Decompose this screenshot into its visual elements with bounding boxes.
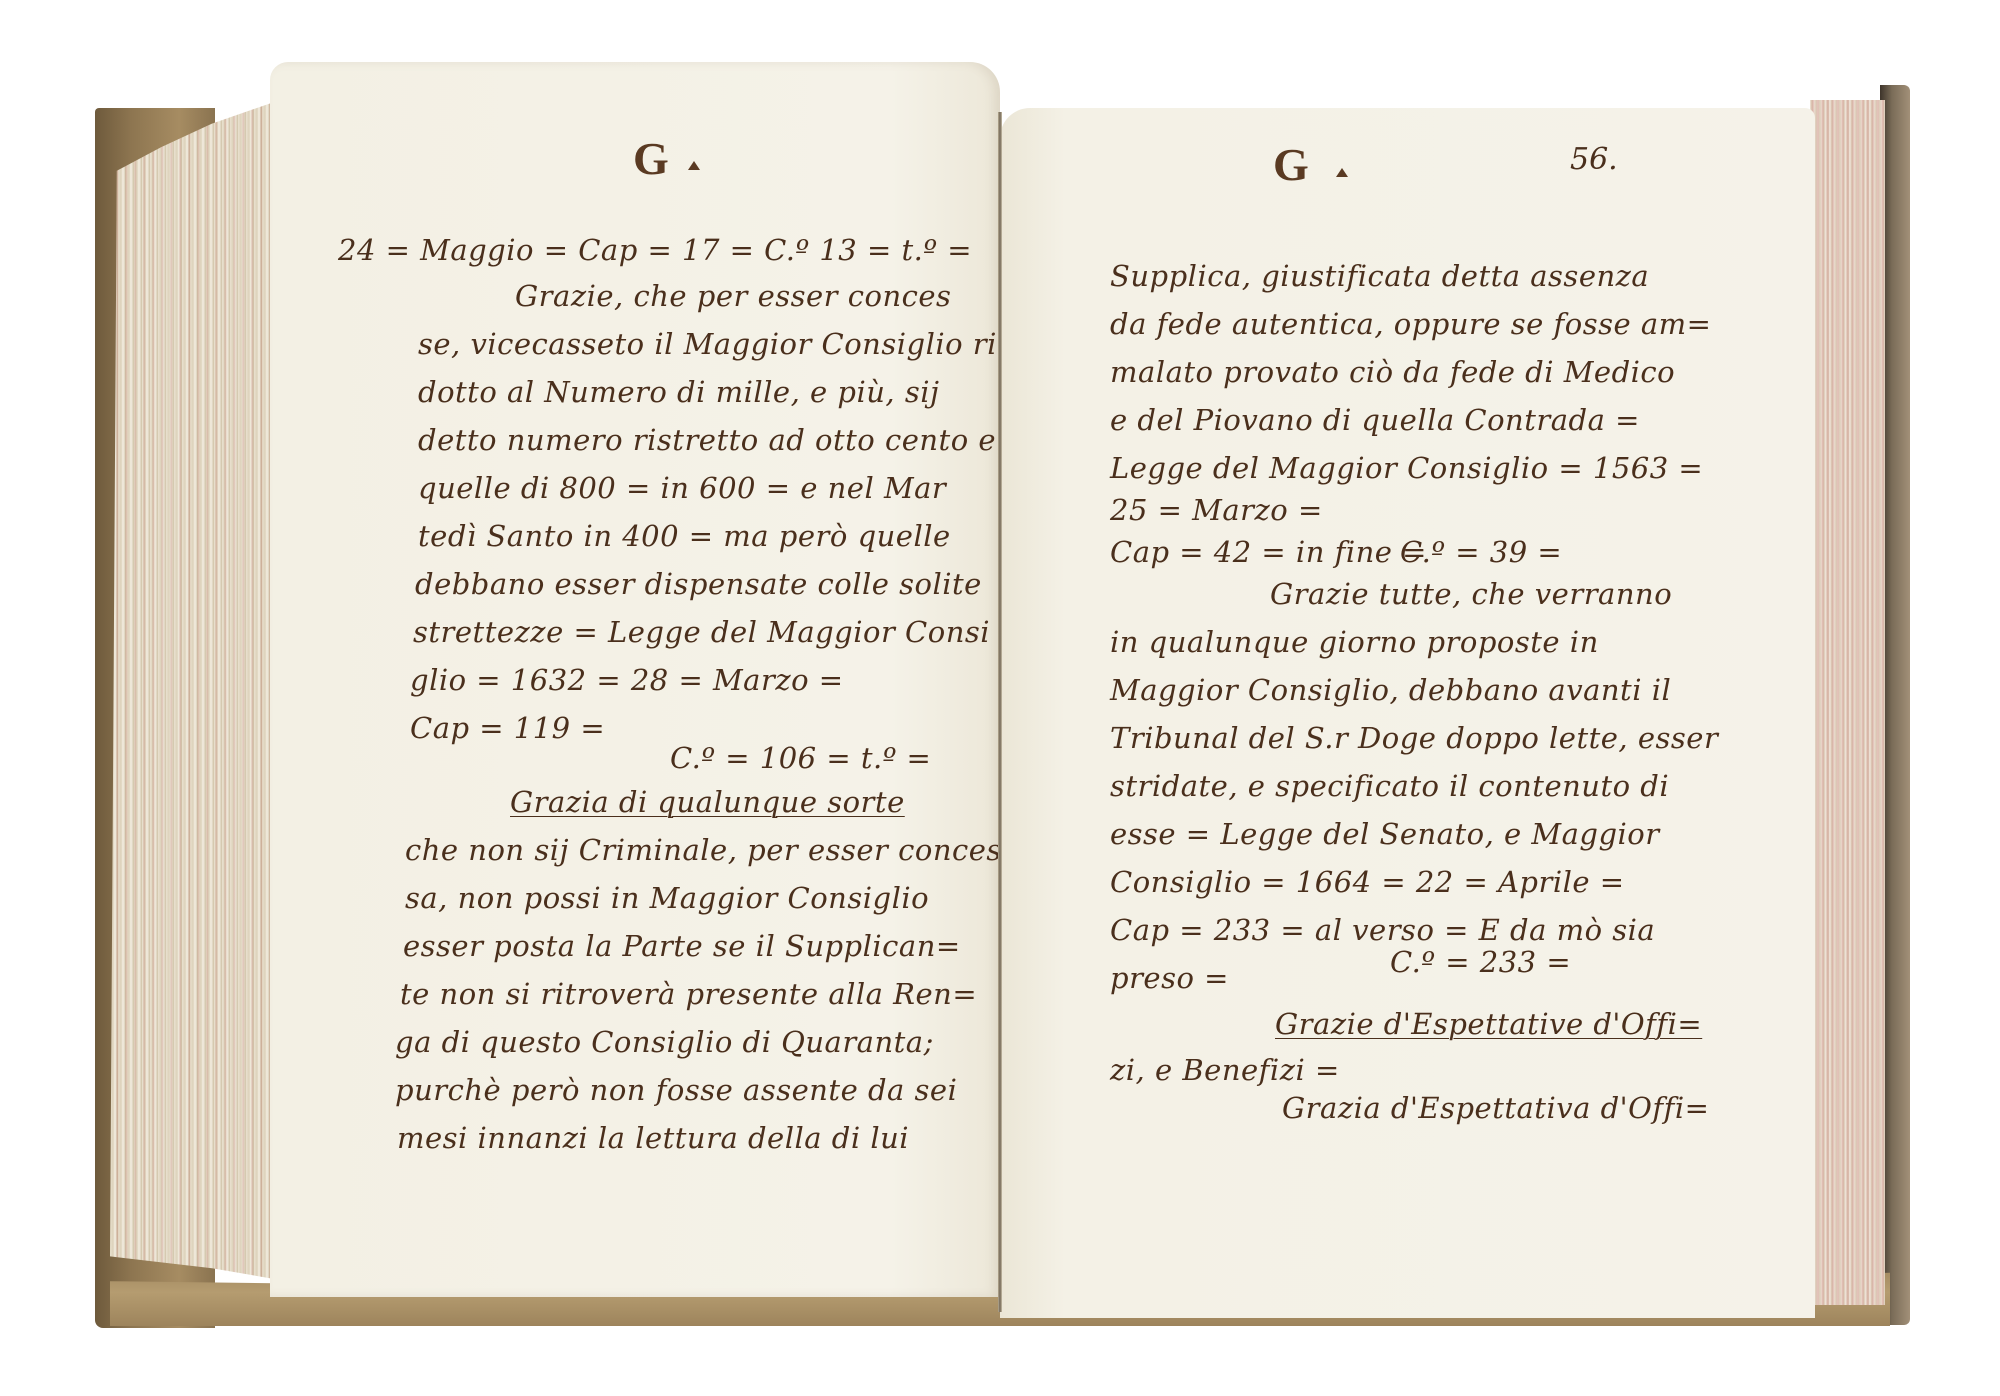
right-line-7: Cap = 42 = in fine = — [1110, 538, 1427, 567]
left-line-4: dotto al Numero di mille, e più, sij — [418, 378, 940, 407]
folio-number: 56. — [1570, 142, 1618, 177]
left-line-13: Grazia di qualunque sorte — [510, 788, 905, 817]
left-page-header-letter: G — [633, 132, 669, 185]
book-gutter — [998, 112, 1002, 1312]
left-page-stack-edges — [110, 100, 280, 1280]
right-line-21: Grazia d'Espettativa d'Offi= — [1282, 1094, 1709, 1123]
right-line-11: Maggior Consiglio, debbano avanti il — [1110, 676, 1671, 705]
left-line-20: mesi innanzi la lettura della di lui — [397, 1124, 909, 1153]
left-line-12: C.º = 106 = t.º = — [670, 744, 931, 773]
left-header-caret-mark — [688, 161, 700, 170]
right-line-1: Supplica, giustificata detta assenza — [1110, 262, 1649, 291]
right-line-16: Cap = 233 = al verso = E da mò sia — [1110, 916, 1655, 945]
left-line-2: Grazie, che per esser conces — [515, 282, 951, 311]
left-line-17: te non si ritroverà presente alla Ren= — [400, 980, 977, 1009]
right-line-12: Tribunal del S.r Doge doppo lette, esser — [1110, 724, 1718, 753]
right-line-15: Consiglio = 1664 = 22 = Aprile = — [1110, 868, 1625, 897]
right-line-18: C.º = 233 = — [1390, 948, 1571, 977]
right-page-header-letter: G — [1273, 138, 1309, 191]
right-line-3: malato provato ciò da fede di Medico — [1110, 358, 1675, 387]
left-line-15: sa, non possi in Maggior Consiglio — [405, 884, 929, 913]
right-line-19: Grazie d'Espettative d'Offi= — [1275, 1010, 1702, 1039]
right-line-10: in qualunque giorno proposte in — [1110, 628, 1599, 657]
left-line-16: esser posta la Parte se il Supplican= — [403, 932, 961, 961]
right-header-caret-mark — [1336, 168, 1348, 177]
right-line-14: esse = Legge del Senato, e Maggior — [1110, 820, 1660, 849]
left-line-8: debbano esser dispensate colle solite — [415, 570, 982, 599]
right-line-8: C.º = 39 = — [1400, 538, 1562, 567]
left-line-11: Cap = 119 = — [410, 714, 605, 743]
left-line-7: tedì Santo in 400 = ma però quelle — [418, 522, 951, 551]
left-line-9: strettezze = Legge del Maggior Consi — [413, 618, 990, 647]
left-line-3: se, vicecasseto il Maggior Consiglio ri= — [418, 330, 1022, 359]
left-line-14: che non sij Criminale, per esser conces — [405, 836, 1002, 865]
left-line-1: 24 = Maggio = Cap = 17 = C.º 13 = t.º = — [338, 236, 972, 265]
left-line-19: purchè però non fosse assente da sei — [395, 1076, 957, 1105]
right-page-stack-edges — [1810, 100, 1885, 1305]
right-line-6: 25 = Marzo = — [1110, 496, 1323, 525]
left-line-10: glio = 1632 = 28 = Marzo = — [410, 666, 844, 695]
right-line-4: e del Piovano di quella Contrada = — [1110, 406, 1640, 435]
right-line-20: zi, e Benefizi = — [1110, 1056, 1340, 1085]
right-line-5: Legge del Maggior Consiglio = 1563 = — [1110, 454, 1703, 483]
left-line-5: detto numero ristretto ad otto cento e — [418, 426, 996, 455]
right-line-9: Grazie tutte, che verranno — [1270, 580, 1672, 609]
right-line-2: da fede autentica, oppure se fosse am= — [1110, 310, 1711, 339]
left-line-18: ga di questo Consiglio di Quaranta; — [395, 1028, 934, 1057]
right-line-17: preso = — [1110, 964, 1229, 993]
right-line-13: stridate, e specificato il contenuto di — [1110, 772, 1669, 801]
open-manuscript-book: G 24 = Maggio = Cap = 17 = C.º 13 = t.º … — [0, 0, 2000, 1396]
left-line-6: quelle di 800 = in 600 = e nel Mar — [418, 474, 946, 503]
